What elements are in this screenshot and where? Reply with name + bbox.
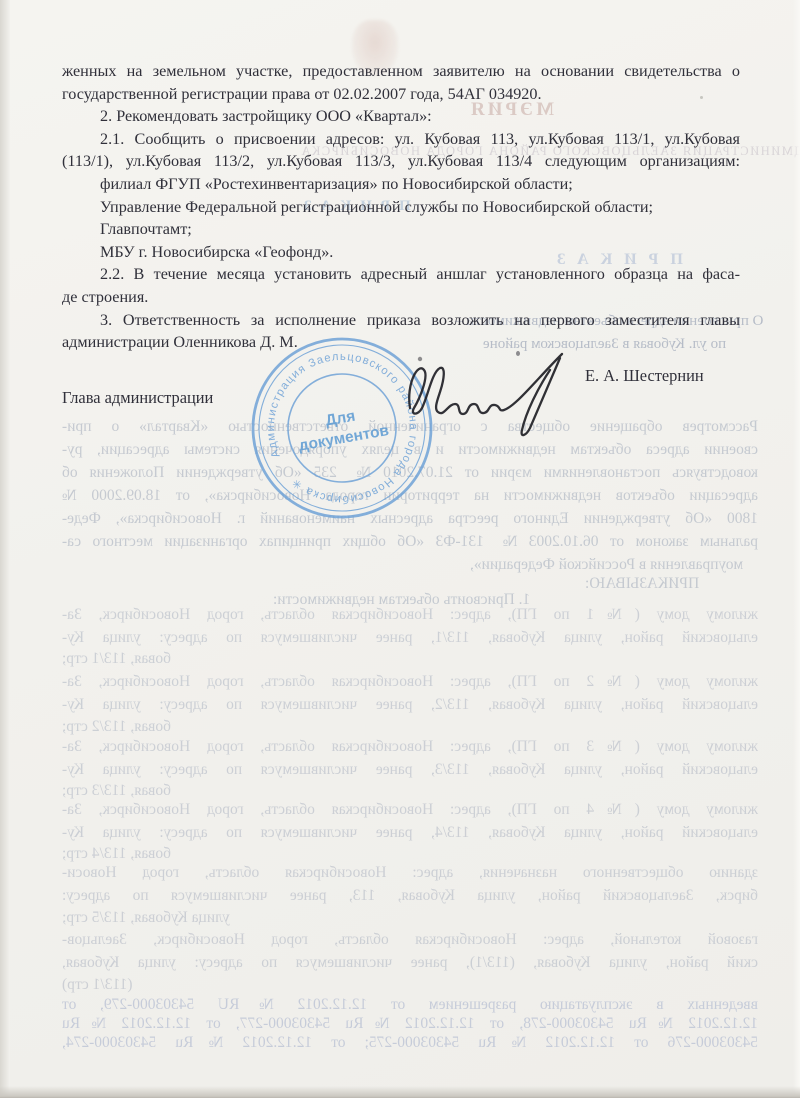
ghost-item-line: бовая, 113/2 стр; xyxy=(62,717,171,737)
body-line: 2. Рекомендовать застройщику ООО «Кварта… xyxy=(62,105,740,128)
document-body: женных на земельном участке, предоставле… xyxy=(62,60,740,354)
body-line: государственной регистрации права от 02.… xyxy=(62,83,740,106)
ghost-item-line: газовой котельной, адрес: Новосибирская … xyxy=(62,930,758,950)
ghost-item-line: ельцовский район, улица Кубовая, 113/3, … xyxy=(62,760,758,780)
ghost-item-line: жилому дому (№4 по ГП), адрес: Новосибир… xyxy=(62,800,758,820)
page-edge-right xyxy=(793,0,800,1098)
body-line: 2.2. В течение месяца установить адресны… xyxy=(62,263,740,286)
body-line: МБУ г. Новосибирска «Геофонд». xyxy=(62,241,740,264)
body-line: филиал ФГУП «Ростехинвентаризация» по Но… xyxy=(62,173,740,196)
ink-speck xyxy=(516,351,520,356)
page-edge-shadow xyxy=(0,1086,800,1098)
ghost-item-line: бовая, 113/3 стр; xyxy=(62,781,171,801)
ghost-item-line: ельцовский район, улица Кубовая, 113/4, … xyxy=(62,823,758,843)
body-line: Управление Федеральной регистрационной с… xyxy=(62,196,740,219)
scanned-document-page: МЭРИЯ АДМИНИСТРАЦИЯ ЗАЕЛЬЦОВСКОГО РАЙОНА… xyxy=(0,0,800,1098)
ghost-item-line: (113/1 стр) xyxy=(62,975,133,995)
signer-role: Глава администрации xyxy=(62,388,213,408)
ghost-item-line: бовая, 113/4 стр; xyxy=(62,844,171,864)
ghost-item-line: 12.12.2012 №Ru 54303000-278, от 12.12.20… xyxy=(62,1014,758,1034)
ghost-item-line: бирск, Заельцовский район, улица Кубовая… xyxy=(62,886,758,906)
signer-name: Е. А. Шестернин xyxy=(585,366,704,386)
ghost-item-line: улица Кубовая, 113/5 стр; xyxy=(62,908,230,928)
ghost-item-line: ельцовский район, улица Кубовая, 113/2, … xyxy=(62,695,758,715)
ghost-preamble-line: моуправления в Российской Федерации», xyxy=(470,555,743,575)
stamp-center-line2: документов xyxy=(297,422,390,455)
ghost-item-line: жилому дому (№1 по ГП), адрес: Новосибир… xyxy=(62,605,758,625)
ghost-item-line: введенных в эксплуатацию разрешением от … xyxy=(62,995,758,1015)
handwritten-signature xyxy=(398,346,598,456)
ghost-preamble-line: ральным законом от 06.10.2003 № 131-ФЗ «… xyxy=(62,532,758,552)
body-line: женных на земельном участке, предоставле… xyxy=(62,60,740,83)
ink-speck xyxy=(700,96,703,99)
ghost-item-line: ельцовский район, улица Кубовая, 113/1, … xyxy=(62,628,758,648)
body-line: Главпочтамт; xyxy=(62,218,740,241)
ghost-item-line: 54303000-276 от 12.12.2012 №Ru 54303000-… xyxy=(62,1033,758,1053)
ghost-item-line: жилому дому (№3 по ГП), адрес: Новосибир… xyxy=(62,737,758,757)
ghost-item-line: ский район, улица Кубовая, (113/1), ране… xyxy=(62,953,758,973)
body-line: 2.1. Сообщить о присвоении адресов: ул. … xyxy=(62,128,740,151)
ghost-item-line: зданию общественного назначения, адрес: … xyxy=(62,863,758,883)
ghost-item-line: бовая, 113/1 стр; xyxy=(62,649,171,669)
ghost-item-line: жилому дому (№2 по ГП), адрес: Новосибир… xyxy=(62,672,758,692)
ink-speck xyxy=(418,357,422,361)
stamp-center-line1: Для xyxy=(324,408,356,430)
ghost-prikazyvayu: ПРИКАЗЫВАЮ: xyxy=(585,574,699,594)
body-line: де строения. xyxy=(62,286,740,309)
page-edge-left xyxy=(0,0,10,1098)
body-line: (113/1), ул.Кубовая 113/2, ул.Кубовая 11… xyxy=(62,150,740,173)
